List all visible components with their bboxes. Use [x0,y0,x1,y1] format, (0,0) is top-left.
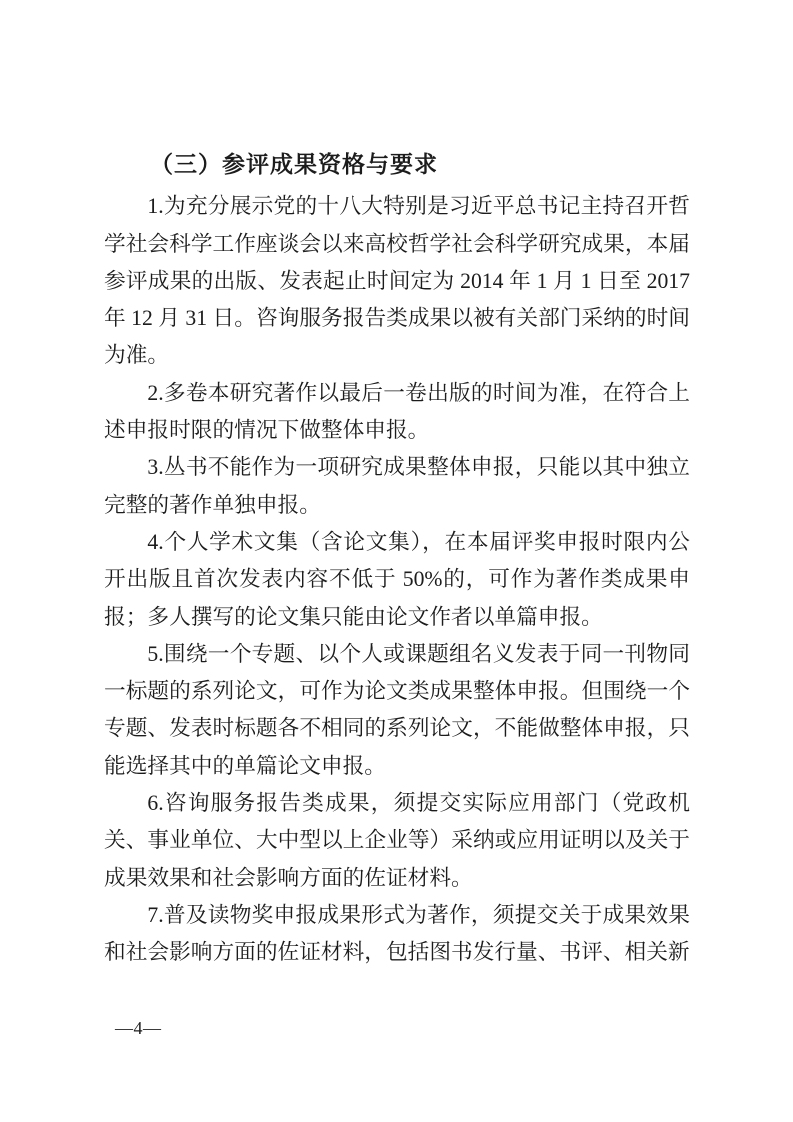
paragraph-1: 1.为充分展示党的十八大特别是习近平总书记主持召开哲学社会科学工作座谈会以来高校… [104,188,690,374]
paragraph-6: 6.咨询服务报告类成果，须提交实际应用部门（党政机关、事业单位、大中型以上企业等… [104,785,690,897]
paragraph-2: 2.多卷本研究著作以最后一卷出版的时间为准，在符合上述申报时限的情况下做整体申报… [104,375,690,450]
page-number: —4— [115,1018,162,1039]
paragraph-3: 3.丛书不能作为一项研究成果整体申报，只能以其中独立完整的著作单独申报。 [104,449,690,524]
paragraph-7: 7.普及读物奖申报成果形式为著作，须提交关于成果效果和社会影响方面的佐证材料，包… [104,897,690,972]
section-heading: （三）参评成果资格与要求 [104,146,690,183]
document-page: （三）参评成果资格与要求 1.为充分展示党的十八大特别是习近平总书记主持召开哲学… [0,0,793,1122]
paragraph-list: 1.为充分展示党的十八大特别是习近平总书记主持召开哲学社会科学工作座谈会以来高校… [104,188,690,971]
document-content: （三）参评成果资格与要求 1.为充分展示党的十八大特别是习近平总书记主持召开哲学… [104,146,690,972]
paragraph-5: 5.围绕一个专题、以个人或课题组名义发表于同一刊物同一标题的系列论文，可作为论文… [104,636,690,785]
paragraph-4: 4.个人学术文集（含论文集），在本届评奖申报时限内公开出版且首次发表内容不低于 … [104,524,690,636]
